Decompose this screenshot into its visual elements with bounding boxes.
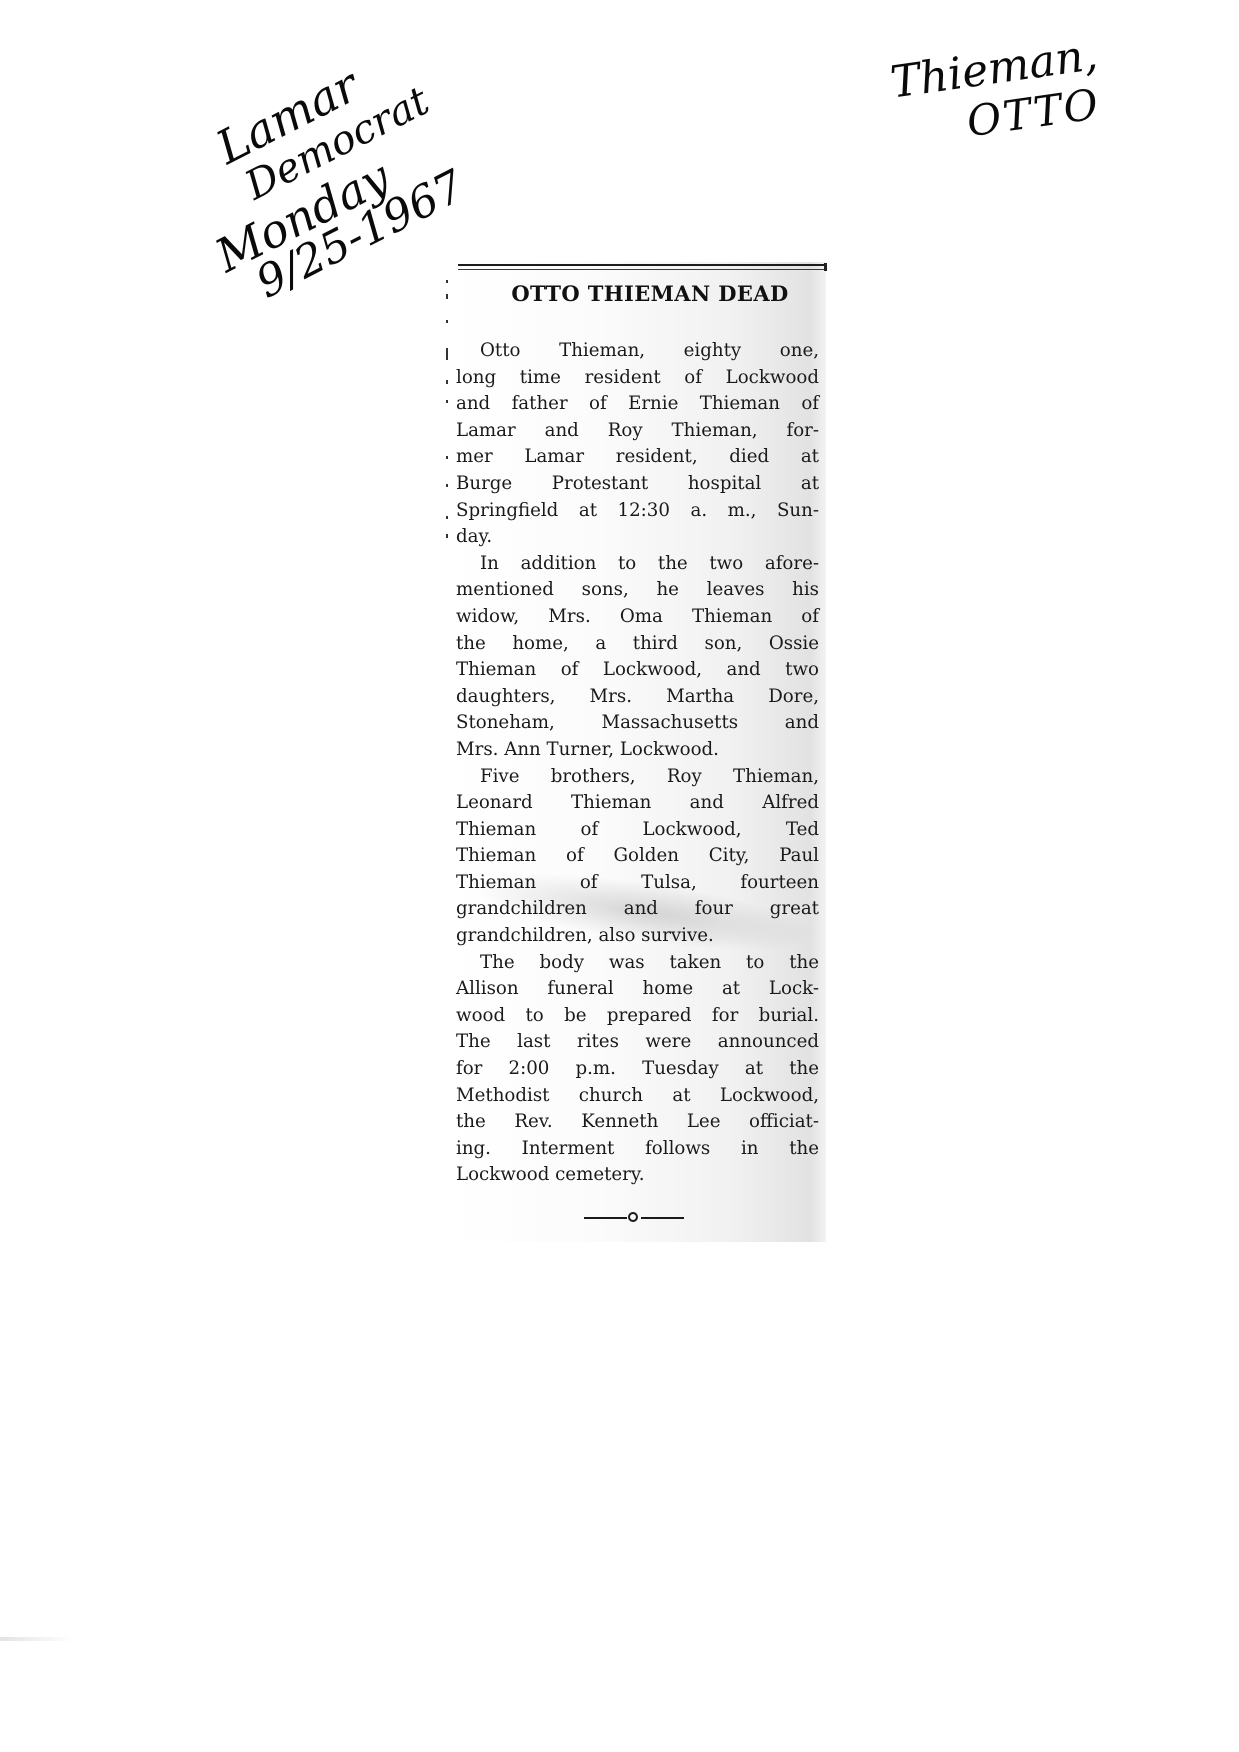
article-line: and father of Ernie Thieman of (456, 391, 819, 418)
article-paragraph: Five brothers, Roy Thieman,Leonard Thiem… (456, 764, 819, 950)
article-line: daughters, Mrs. Martha Dore, (456, 684, 819, 711)
article-line: ing. Interment follows in the (456, 1136, 819, 1163)
article-line: Lockwood cemetery. (456, 1162, 819, 1189)
article-line: grandchildren, also survive. (456, 923, 819, 950)
end-mark-ornament (584, 1213, 684, 1223)
article-headline: OTTO THIEMAN DEAD (450, 281, 826, 306)
article-line: grandchildren and four great (456, 896, 819, 923)
article-line: In addition to the two afore- (456, 551, 819, 578)
article-line: The body was taken to the (456, 950, 819, 977)
article-line: long time resident of Lockwood (456, 365, 819, 392)
article-paragraph: The body was taken to theAllison funeral… (456, 950, 819, 1189)
article-line: Mrs. Ann Turner, Lockwood. (456, 737, 819, 764)
article-line: Lamar and Roy Thieman, for- (456, 418, 819, 445)
newspaper-clipping: OTTO THIEMAN DEAD Otto Thieman, eighty o… (450, 262, 826, 1242)
article-body: Otto Thieman, eighty one,long time resid… (456, 338, 819, 1189)
article-line: Five brothers, Roy Thieman, (456, 764, 819, 791)
article-line: Thieman of Lockwood, Ted (456, 817, 819, 844)
handwritten-source-note: Lamar Democrat Monday 9/25-1967 (190, 36, 478, 304)
scan-artifact (0, 1637, 75, 1641)
article-line: Springfield at 12:30 a. m., Sun- (456, 498, 819, 525)
article-line: for 2:00 p.m. Tuesday at the (456, 1056, 819, 1083)
handwritten-index-name: Thieman, OTTO (888, 33, 1107, 153)
article-line: the home, a third son, Ossie (456, 631, 819, 658)
article-line: Thieman of Tulsa, fourteen (456, 870, 819, 897)
article-line: day. (456, 524, 819, 551)
article-line: Stoneham, Massachusetts and (456, 710, 819, 737)
article-line: mentioned sons, he leaves his (456, 577, 819, 604)
headline-rule (458, 264, 826, 270)
article-line: Leonard Thieman and Alfred (456, 790, 819, 817)
article-line: Burge Protestant hospital at (456, 471, 819, 498)
article-line: the Rev. Kenneth Lee officiat- (456, 1109, 819, 1136)
article-line: Thieman of Lockwood, and two (456, 657, 819, 684)
article-paragraph: In addition to the two afore-mentioned s… (456, 551, 819, 764)
article-line: wood to be prepared for burial. (456, 1003, 819, 1030)
article-paragraph: Otto Thieman, eighty one,long time resid… (456, 338, 819, 551)
article-line: widow, Mrs. Oma Thieman of (456, 604, 819, 631)
article-line: Methodist church at Lockwood, (456, 1083, 819, 1110)
article-line: Allison funeral home at Lock- (456, 976, 819, 1003)
article-line: mer Lamar resident, died at (456, 444, 819, 471)
article-line: The last rites were announced (456, 1029, 819, 1056)
article-line: Otto Thieman, eighty one, (456, 338, 819, 365)
article-line: Thieman of Golden City, Paul (456, 843, 819, 870)
